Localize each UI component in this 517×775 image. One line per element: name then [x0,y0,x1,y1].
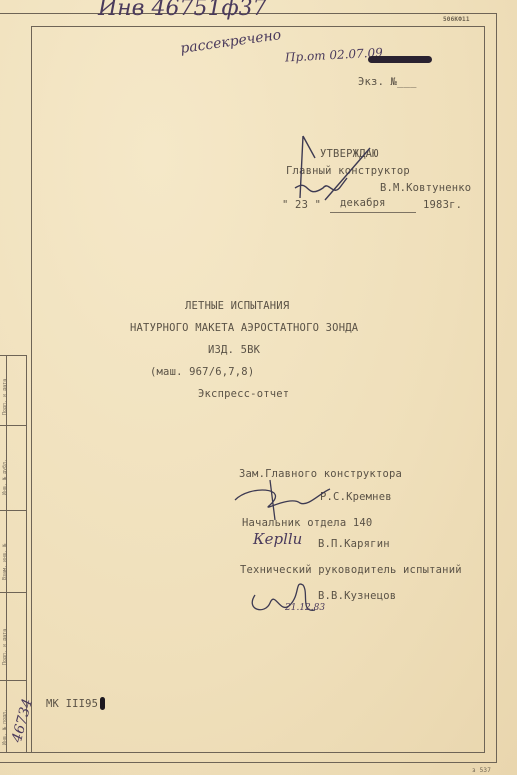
approver-signature [285,128,375,208]
date-underline [330,212,416,213]
signatory-3-name: В.В.Кузнецов [318,590,396,602]
inner-frame-bottom [0,752,485,753]
outer-frame-right [496,13,497,763]
title-line-4: (маш. 967/6,7,8) [150,366,254,378]
strip-label-dup-inv: Инв. № дубл. [2,459,8,495]
title-line-1: ЛЕТНЫЕ ИСПЫТАНИЯ [185,300,289,312]
form-code: 506КФ11 [443,16,470,23]
signatory-2-position: Начальник отдела 140 [242,517,372,529]
signatory-3-signature [245,575,325,625]
page-code: з 537 [472,767,491,774]
signatory-3-sig-date: 21.12.83 [285,603,325,613]
declassified-note: рассекречено [179,27,282,57]
strip-label-replace-inv: Взам. инв. № [2,544,8,580]
ink-blot [100,697,105,710]
redaction-mark [368,56,432,63]
inner-frame-left [31,26,32,752]
strip-label-sign-date-2: Подп. и дата [2,629,8,665]
strip-label-orig-inv: Инв. № подл. [2,709,8,745]
title-line-5: Экспресс-отчет [198,388,289,400]
inventory-handwritten: Инв 46751ф37 [98,0,267,21]
approver-name: В.М.Ковтуненко [380,182,471,194]
inner-frame-top [32,26,485,27]
title-line-3: ИЗД. 5ВК [208,344,260,356]
strip-label-sign-date-1: Подп. и дата [2,379,8,415]
signatory-2-name: В.П.Карягин [318,538,390,550]
approval-date-year: 1983г. [423,199,462,211]
mk-number: МК III95 [46,698,98,710]
inner-frame-right [484,26,485,752]
signatory-2-signature: Кepllu [253,530,302,548]
title-line-2: НАТУРНОГО МАКЕТА АЭРОСТАТНОГО ЗОНДА [130,322,358,334]
outer-frame-bottom [0,762,497,763]
copy-number-label: Экз. №___ [358,76,417,88]
